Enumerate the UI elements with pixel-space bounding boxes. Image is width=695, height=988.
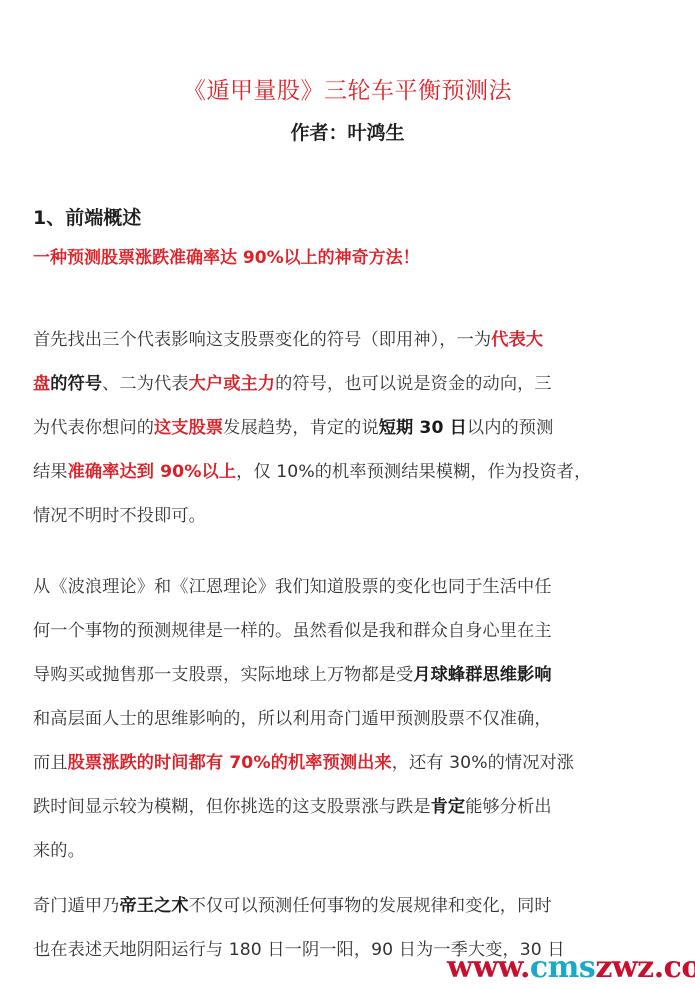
paragraph-line: 奇门遁甲乃帝王之术不仅可以预测任何事物的发展规律和变化，同时 [33,884,593,928]
paragraph-line: 结果准确率达到 90%以上，仅 10%的机率预测结果模糊，作为投资者， [33,450,593,494]
paragraph-line: 情况不明时不投即可。 [33,494,593,538]
text-run: 和高层面人士的思维影响的，所以利用奇门遁甲预测股票不仅准确， [33,709,552,729]
paragraph-line: 首先找出三个代表影响这支股票变化的符号（即用神），一为代表大 [33,318,593,362]
red-text-run: 盘 [33,374,50,394]
red-text-run: 这支股票 [154,418,223,438]
bold-text-run: 月球蜂群思维影响 [413,665,551,685]
document-title: 《遁甲量股》三轮车平衡预测法 [0,72,695,105]
text-run: 跌时间显示较为模糊，但你挑选的这支股票涨与跌是 [33,797,431,817]
bold-text-run: 短期 30 日 [379,418,467,438]
paragraph-1: 首先找出三个代表影响这支股票变化的符号（即用神），一为代表大盘的符号、二为代表大… [33,318,593,538]
watermark-part-2: cms [530,950,595,985]
paragraph-line: 何一个事物的预测规律是一样的。虽然看似是我和群众自身心里在主 [33,609,593,653]
section-heading: 1、前端概述 [33,203,141,230]
text-run: 能够分析出 [465,797,551,817]
watermark-part-1: www. [447,950,530,985]
text-run: ，还有 30%的情况对涨 [392,753,574,773]
bold-text-run: 的符号 [50,374,102,394]
paragraph-line: 盘的符号、二为代表大户或主力的符号，也可以说是资金的动向，三 [33,362,593,406]
text-run: 奇门遁甲乃 [33,896,119,916]
red-text-run: 大户或主力 [189,374,275,394]
text-run: 而且 [33,753,68,773]
paragraph-line: 跌时间显示较为模糊，但你挑选的这支股票涨与跌是肯定能够分析出 [33,785,593,829]
text-run: 导购买或抛售那一支股票，实际地球上万物都是受 [33,665,413,685]
text-run: 来的。 [33,841,85,861]
watermark: www.cmszwz.com [447,952,695,984]
document-author: 作者：叶鸿生 [0,118,695,145]
paragraph-line: 为代表你想问的这支股票发展趋势，肯定的说短期 30 日以内的预测 [33,406,593,450]
text-run: 从《波浪理论》和《江恩理论》我们知道股票的变化也同于生活中任 [33,577,552,597]
text-run: 不仅可以预测任何事物的发展规律和变化，同时 [189,896,552,916]
paragraph-line: 从《波浪理论》和《江恩理论》我们知道股票的变化也同于生活中任 [33,565,593,609]
tagline: 一种预测股票涨跌准确率达 90%以上的神奇方法！ [33,243,420,268]
text-run: 发展趋势，肯定的说 [223,418,379,438]
text-run: 的符号，也可以说是资金的动向，三 [275,374,552,394]
paragraph-line: 导购买或抛售那一支股票，实际地球上万物都是受月球蜂群思维影响 [33,653,593,697]
text-run: ，仅 10%的机率预测结果模糊，作为投资者， [236,462,591,482]
text-run: 以内的预测 [467,418,553,438]
text-run: 何一个事物的预测规律是一样的。虽然看似是我和群众自身心里在主 [33,621,552,641]
paragraph-2: 从《波浪理论》和《江恩理论》我们知道股票的变化也同于生活中任何一个事物的预测规律… [33,565,593,873]
paragraph-line: 来的。 [33,829,593,873]
text-run: 、二为代表 [102,374,188,394]
bold-text-run: 肯定 [431,797,466,817]
watermark-part-3: zwz.com [595,950,695,985]
red-text-run: 准确率达到 90%以上 [68,462,237,482]
red-text-run: 代表大 [491,330,543,350]
text-run: 情况不明时不投即可。 [33,506,206,526]
red-text-run: 股票涨跌的时间都有 70%的机率预测出来 [68,753,392,773]
text-run: 首先找出三个代表影响这支股票变化的符号（即用神），一为 [33,330,491,350]
paragraph-line: 和高层面人士的思维影响的，所以利用奇门遁甲预测股票不仅准确， [33,697,593,741]
bold-text-run: 帝王之术 [119,896,188,916]
document-page: 《遁甲量股》三轮车平衡预测法 作者：叶鸿生 1、前端概述 一种预测股票涨跌准确率… [0,0,695,988]
text-run: 为代表你想问的 [33,418,154,438]
text-run: 结果 [33,462,68,482]
paragraph-line: 而且股票涨跌的时间都有 70%的机率预测出来，还有 30%的情况对涨 [33,741,593,785]
